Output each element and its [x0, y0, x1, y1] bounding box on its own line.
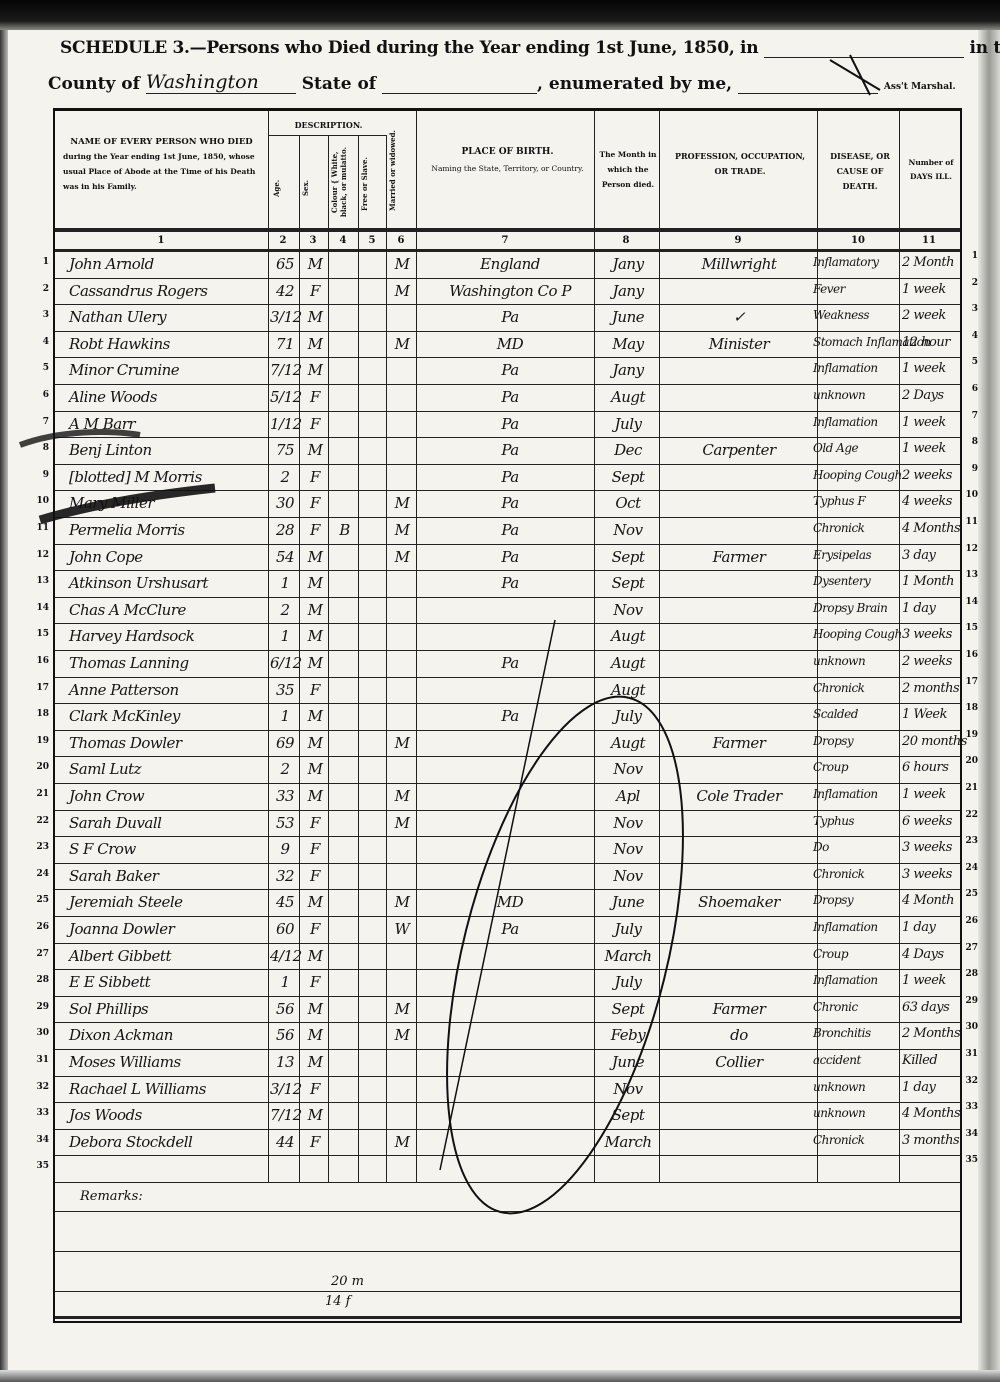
column-number: 6 [391, 235, 411, 246]
cell-month: Sept [596, 548, 660, 566]
line-number-right: 4 [972, 331, 978, 341]
cell-disease: Stomach Inflamation [813, 335, 901, 349]
column-rule [328, 135, 329, 1182]
cell-age: 1 [270, 574, 300, 592]
table-row: 22Cassandrus Rogers42FMWashington Co PJa… [55, 278, 960, 305]
line-number-right: 31 [965, 1049, 978, 1059]
cell-days: 3 weeks [902, 840, 962, 855]
table-row: 2020Saml Lutz2MNovCroup6 hours [55, 756, 960, 783]
cell-disease: Inflamatory [813, 255, 901, 269]
line-number-left: 30 [35, 1028, 49, 1038]
line-number-right: 16 [965, 650, 978, 660]
cell-disease: Bronchitis [813, 1026, 901, 1040]
cell-name: John Arnold [69, 255, 269, 273]
table-row: 2929Sol Phillips56MMSeptFarmerChronic63 … [55, 996, 960, 1023]
cell-month: Sept [596, 1000, 660, 1018]
line-number-right: 22 [965, 810, 978, 820]
cell-sex: F [301, 1080, 329, 1098]
column-rule [268, 111, 269, 1182]
table-row: 1717Anne Patterson35FAugtChronick2 month… [55, 677, 960, 704]
cell-name: Joanna Dowler [69, 920, 269, 938]
cell-sex: F [301, 468, 329, 486]
cell-profession: Farmer [661, 548, 817, 566]
cell-name: Albert Gibbett [69, 947, 269, 965]
line-number-left: 24 [35, 869, 49, 879]
line-number-left: 27 [35, 949, 49, 959]
cell-days: Killed [902, 1053, 962, 1068]
line-number-right: 6 [972, 384, 978, 394]
county-label: County of [48, 74, 140, 94]
cell-disease: Croup [813, 760, 901, 774]
cell-age: 75 [270, 441, 300, 459]
cell-name: Chas A McClure [69, 601, 269, 619]
cell-sex: F [301, 840, 329, 858]
cell-birth: Pa [425, 548, 595, 566]
cell-name: Dixon Ackman [69, 1026, 269, 1044]
line-number-right: 28 [965, 969, 978, 979]
cell-profession: ✓ [661, 308, 817, 326]
line-number-left: 25 [35, 895, 49, 905]
cell-married: M [387, 1000, 417, 1018]
line-number-left: 23 [35, 842, 49, 852]
state-label: State of [302, 74, 376, 94]
cell-age: 32 [270, 867, 300, 885]
cell-days: 4 Month [902, 893, 962, 908]
cell-age: 35 [270, 681, 300, 699]
cell-month: Augt [596, 654, 660, 672]
cell-days: 3 weeks [902, 867, 962, 882]
table-row: 1414Chas A McClure2MNovDropsy Brain1 day [55, 597, 960, 624]
cell-month: July [596, 920, 660, 938]
cell-name: Rachael L Williams [69, 1080, 269, 1098]
cell-profession: Collier [661, 1053, 817, 1071]
line-number-right: 26 [965, 916, 978, 926]
cell-birth: Pa [425, 654, 595, 672]
line-number-left: 12 [35, 550, 49, 560]
cell-month: March [596, 947, 660, 965]
cell-name: S F Crow [69, 840, 269, 858]
cell-disease: Typhus [813, 814, 901, 828]
cell-disease: Dropsy [813, 734, 901, 748]
line-number-right: 35 [965, 1155, 978, 1165]
cell-days: 63 days [902, 1000, 962, 1015]
cell-name: Thomas Dowler [69, 734, 269, 752]
table-row: 2323S F Crow9FNovDo3 weeks [55, 836, 960, 863]
cell-sex: F [301, 1133, 329, 1151]
cell-sex: M [301, 548, 329, 566]
scan-border-bottom [0, 1370, 1000, 1382]
cell-month: Nov [596, 867, 660, 885]
cell-name: Moses Williams [69, 1053, 269, 1071]
line-number-right: 30 [965, 1022, 978, 1032]
header-rule [55, 231, 960, 232]
tally-female: 14 f [325, 1294, 351, 1309]
cell-age: 71 [270, 335, 300, 353]
cell-month: Sept [596, 574, 660, 592]
table-row: 11John Arnold65MMEnglandJanyMillwrightIn… [55, 251, 960, 278]
line-number-left: 6 [35, 390, 49, 400]
cell-profession: Carpenter [661, 441, 817, 459]
cell-name: Jeremiah Steele [69, 893, 269, 911]
cell-married: M [387, 734, 417, 752]
line-number-left: 14 [35, 603, 49, 613]
cell-sex: F [301, 282, 329, 300]
line-number-right: 3 [972, 304, 978, 314]
cell-name: John Cope [69, 548, 269, 566]
col-month-header: The Month in which the Person died. [597, 147, 659, 192]
line-number-left: 3 [35, 310, 49, 320]
line-number-right: 25 [965, 889, 978, 899]
cell-month: Nov [596, 840, 660, 858]
cell-sex: M [301, 1106, 329, 1124]
column-number: 4 [333, 235, 353, 246]
line-number-left: 26 [35, 922, 49, 932]
cell-month: July [596, 707, 660, 725]
cell-name: Thomas Lanning [69, 654, 269, 672]
header-rule [55, 249, 960, 252]
cell-birth: Pa [425, 361, 595, 379]
column-rule [899, 111, 900, 1182]
cell-disease: Hooping Cough [813, 468, 901, 482]
cell-disease: Inflamation [813, 920, 901, 934]
line-number-left: 28 [35, 975, 49, 985]
table-row: 3131Moses Williams13MJuneCollieraccident… [55, 1049, 960, 1076]
cell-age: 54 [270, 548, 300, 566]
line-number-left: 8 [35, 443, 49, 453]
cell-name: Clark McKinley [69, 707, 269, 725]
column-number: 1 [151, 235, 171, 246]
cell-sex: M [301, 760, 329, 778]
column-rule [358, 135, 359, 1182]
cell-birth: England [425, 255, 595, 273]
cell-name: E E Sibbett [69, 973, 269, 991]
cell-birth: Pa [425, 441, 595, 459]
cell-name: Minor Crumine [69, 361, 269, 379]
line-number-right: 27 [965, 943, 978, 953]
line-number-right: 19 [965, 730, 978, 740]
cell-age: 2 [270, 760, 300, 778]
cell-profession: Millwright [661, 255, 817, 273]
remarks-rule [55, 1211, 960, 1212]
table-row: 3333Jos Woods7/12MSeptunknown4 Months [55, 1102, 960, 1129]
cell-colour: B [330, 521, 359, 539]
table-row: 2525Jeremiah Steele45MMMDJuneShoemakerDr… [55, 889, 960, 916]
line-number-right: 32 [965, 1076, 978, 1086]
line-number-left: 5 [35, 363, 49, 373]
col-age-header: Age. [272, 153, 300, 223]
cell-age: 44 [270, 1133, 300, 1151]
cell-married: M [387, 893, 417, 911]
cell-days: 1 week [902, 282, 962, 297]
scan-border-left [0, 30, 8, 1382]
cell-age: 5/12 [270, 388, 300, 406]
enumerated-label: , enumerated by me, [537, 74, 732, 94]
cell-sex: M [301, 361, 329, 379]
table-row: 66Aline Woods5/12FPaAugtunknown2 Days [55, 384, 960, 411]
cell-sex: F [301, 494, 329, 512]
scan-border-top [0, 0, 1000, 30]
line-number-left: 32 [35, 1082, 49, 1092]
cell-disease: unknown [813, 654, 901, 668]
cell-married: M [387, 282, 417, 300]
line-number-right: 33 [965, 1102, 978, 1112]
cell-married: W [387, 920, 417, 938]
cell-birth: Pa [425, 707, 595, 725]
cell-disease: unknown [813, 388, 901, 402]
schedule-title-suffix: in the [970, 38, 1000, 58]
cell-age: 33 [270, 787, 300, 805]
cell-name: Anne Patterson [69, 681, 269, 699]
line-number-right: 17 [965, 677, 978, 687]
col-name-sub: during the Year ending 1st June, 1850, w… [59, 149, 264, 194]
cell-disease: unknown [813, 1106, 901, 1120]
cell-month: July [596, 415, 660, 433]
cell-month: Jany [596, 361, 660, 379]
line-number-left: 17 [35, 683, 49, 693]
table-row: 77A M Barr1/12FPaJulyInflamation1 week [55, 411, 960, 438]
cell-age: 13 [270, 1053, 300, 1071]
cell-age: 7/12 [270, 1106, 300, 1124]
remarks-rule [55, 1251, 960, 1252]
cell-name: Cassandrus Rogers [69, 282, 269, 300]
line-number-left: 7 [35, 417, 49, 427]
line-number-left: 10 [35, 496, 49, 506]
line-number-right: 21 [965, 783, 978, 793]
cell-sex: M [301, 893, 329, 911]
cell-days: 2 Month [902, 255, 962, 270]
cell-age: 56 [270, 1026, 300, 1044]
table-row: 55Minor Crumine7/12MPaJanyInflamation1 w… [55, 357, 960, 384]
cell-age: 2 [270, 468, 300, 486]
cell-month: Augt [596, 681, 660, 699]
cell-birth: Pa [425, 468, 595, 486]
cell-sex: F [301, 415, 329, 433]
remarks-rule [55, 1316, 960, 1319]
column-number: 8 [616, 235, 636, 246]
cell-month: Jany [596, 255, 660, 273]
cell-days: 1 week [902, 415, 962, 430]
cell-disease: Chronic [813, 1000, 901, 1014]
cell-birth: Pa [425, 308, 595, 326]
cell-days: 1 week [902, 361, 962, 376]
cell-age: 65 [270, 255, 300, 273]
cell-birth: MD [425, 893, 595, 911]
remarks-rule [55, 1291, 960, 1292]
schedule-title: SCHEDULE 3.—Persons who Died during the … [60, 38, 960, 58]
cell-days: 2 week [902, 308, 962, 323]
cell-name: Sol Phillips [69, 1000, 269, 1018]
cell-days: 4 Months [902, 1106, 962, 1121]
cell-disease: Chronick [813, 867, 901, 881]
cell-age: 1 [270, 707, 300, 725]
cell-month: May [596, 335, 660, 353]
cell-sex: F [301, 867, 329, 885]
line-number-left: 18 [35, 709, 49, 719]
col-days-header: Number of DAYS ILL. [903, 156, 959, 184]
cell-days: 6 hours [902, 760, 962, 775]
column-number: 2 [273, 235, 293, 246]
cell-sex: F [301, 521, 329, 539]
table-row: 99[blotted] M Morris2FPaSeptHooping Coug… [55, 464, 960, 491]
cell-profession: Minister [661, 335, 817, 353]
line-number-right: 20 [965, 756, 978, 766]
line-number-left: 2 [35, 284, 49, 294]
cell-name: Permelia Morris [69, 521, 269, 539]
cell-age: 6/12 [270, 654, 300, 672]
table-row: 3434Debora Stockdell44FMMarchChronick3 m… [55, 1129, 960, 1156]
cell-days: 1 Month [902, 574, 962, 589]
cell-month: Augt [596, 627, 660, 645]
column-number: 7 [495, 235, 515, 246]
table-row: 3030Dixon Ackman56MMFebydoBronchitis2 Mo… [55, 1022, 960, 1049]
marshal-label: Ass't Marshal. [884, 82, 956, 92]
table-row: 3232Rachael L Williams3/12FNovunknown1 d… [55, 1076, 960, 1103]
cell-married: M [387, 521, 417, 539]
col-disease-header: DISEASE, OR CAUSE OF DEATH. [820, 149, 900, 194]
table-row: 3535 [55, 1155, 960, 1182]
cell-age: 1 [270, 627, 300, 645]
column-rule [594, 111, 595, 1182]
column-rule [416, 111, 417, 1182]
table-row: 1818Clark McKinley1MPaJulyScalded1 Week [55, 703, 960, 730]
cell-sex: M [301, 734, 329, 752]
cell-disease: Dropsy Brain [813, 601, 901, 615]
cell-sex: F [301, 973, 329, 991]
cell-days: 4 Months [902, 521, 962, 536]
table-row: 2222Sarah Duvall53FMNovTyphus6 weeks [55, 810, 960, 837]
cell-age: 60 [270, 920, 300, 938]
cell-married: M [387, 787, 417, 805]
cell-name: Sarah Baker [69, 867, 269, 885]
column-number: 11 [919, 235, 939, 246]
line-number-right: 8 [972, 437, 978, 447]
place-blank [764, 43, 964, 58]
cell-age: 3/12 [270, 308, 300, 326]
cell-disease: Inflamation [813, 787, 901, 801]
cell-name: Atkinson Urshusart [69, 574, 269, 592]
remarks-label: Remarks: [80, 1189, 143, 1204]
cell-name: John Crow [69, 787, 269, 805]
column-number: 10 [848, 235, 868, 246]
column-rule [299, 135, 300, 1182]
cell-name: A M Barr [69, 415, 269, 433]
line-number-left: 15 [35, 629, 49, 639]
cell-month: Nov [596, 760, 660, 778]
cell-age: 28 [270, 521, 300, 539]
cell-age: 42 [270, 282, 300, 300]
row-rule [55, 1182, 960, 1183]
table-row: 2424Sarah Baker32FNovChronick3 weeks [55, 863, 960, 890]
cell-sex: M [301, 947, 329, 965]
line-number-right: 24 [965, 863, 978, 873]
line-number-right: 11 [965, 517, 978, 527]
line-number-left: 20 [35, 762, 49, 772]
cell-disease: Do [813, 840, 901, 854]
cell-married: M [387, 548, 417, 566]
tally-male: 20 m [331, 1274, 364, 1289]
cell-sex: F [301, 388, 329, 406]
cell-disease: Inflamation [813, 415, 901, 429]
line-number-right: 34 [965, 1129, 978, 1139]
col-profession-header: PROFESSION, OCCUPATION, OR TRADE. [670, 149, 810, 179]
cell-birth: Washington Co P [425, 282, 595, 300]
schedule-title-text: SCHEDULE 3.—Persons who Died during the … [60, 38, 758, 58]
table-row: 1616Thomas Lanning6/12MPaAugtunknown2 we… [55, 650, 960, 677]
cell-disease: Erysipelas [813, 548, 901, 562]
line-number-left: 13 [35, 576, 49, 586]
cell-disease: Fever [813, 282, 901, 296]
cell-month: Oct [596, 494, 660, 512]
cell-days: 4 Days [902, 947, 962, 962]
cell-month: Dec [596, 441, 660, 459]
cell-name: Debora Stockdell [69, 1133, 269, 1151]
cell-birth: Pa [425, 920, 595, 938]
mortality-schedule-table: NAME OF EVERY PERSON WHO DIED during the… [53, 108, 962, 1323]
cell-days: 1 Week [902, 707, 962, 722]
line-number-left: 29 [35, 1002, 49, 1012]
col-name-header: NAME OF EVERY PERSON WHO DIED during the… [59, 136, 264, 194]
line-number-left: 19 [35, 736, 49, 746]
cell-disease: Typhus F [813, 494, 901, 508]
cell-name: Benj Linton [69, 441, 269, 459]
cell-month: June [596, 893, 660, 911]
cell-month: Feby [596, 1026, 660, 1044]
cell-month: Jany [596, 282, 660, 300]
cell-month: June [596, 308, 660, 326]
cell-disease: Weakness [813, 308, 901, 322]
cell-days: 1 day [902, 920, 962, 935]
cell-age: 53 [270, 814, 300, 832]
cell-month: Augt [596, 388, 660, 406]
column-number: 3 [303, 235, 323, 246]
cell-days: 1 day [902, 601, 962, 616]
cell-age: 69 [270, 734, 300, 752]
cell-days: 4 weeks [902, 494, 962, 509]
line-number-right: 14 [965, 597, 978, 607]
cell-sex: F [301, 814, 329, 832]
col-birth-head: PLACE OF BIRTH. [420, 146, 595, 159]
scan-border-right [978, 30, 1000, 1382]
cell-month: June [596, 1053, 660, 1071]
cell-name: Robt Hawkins [69, 335, 269, 353]
cell-sex: M [301, 308, 329, 326]
cell-days: 2 months [902, 681, 962, 696]
cell-disease: Dysentery [813, 574, 901, 588]
cell-married: M [387, 494, 417, 512]
cell-name: Mary Miller [69, 494, 269, 512]
col-name-head: NAME OF EVERY PERSON WHO DIED [59, 136, 264, 149]
line-number-right: 1 [972, 251, 978, 261]
cell-age: 56 [270, 1000, 300, 1018]
table-row: 1111Permelia Morris28FBMPaNovChronick4 M… [55, 517, 960, 544]
line-number-left: 34 [35, 1135, 49, 1145]
cell-disease: Chronick [813, 681, 901, 695]
line-number-right: 9 [972, 464, 978, 474]
cell-age: 9 [270, 840, 300, 858]
cell-month: Apl [596, 787, 660, 805]
line-number-left: 16 [35, 656, 49, 666]
cell-sex: M [301, 601, 329, 619]
cell-days: 2 weeks [902, 654, 962, 669]
cell-days: 20 months [902, 734, 962, 749]
cell-days: 12 hour [902, 335, 962, 350]
table-row: 1010Mary Miller30FMPaOctTyphus F4 weeks [55, 490, 960, 517]
cell-month: Nov [596, 521, 660, 539]
line-number-right: 7 [972, 411, 978, 421]
cell-days: 2 Days [902, 388, 962, 403]
line-number-right: 5 [972, 357, 978, 367]
col-married-header: Married or widowed. [388, 119, 416, 223]
